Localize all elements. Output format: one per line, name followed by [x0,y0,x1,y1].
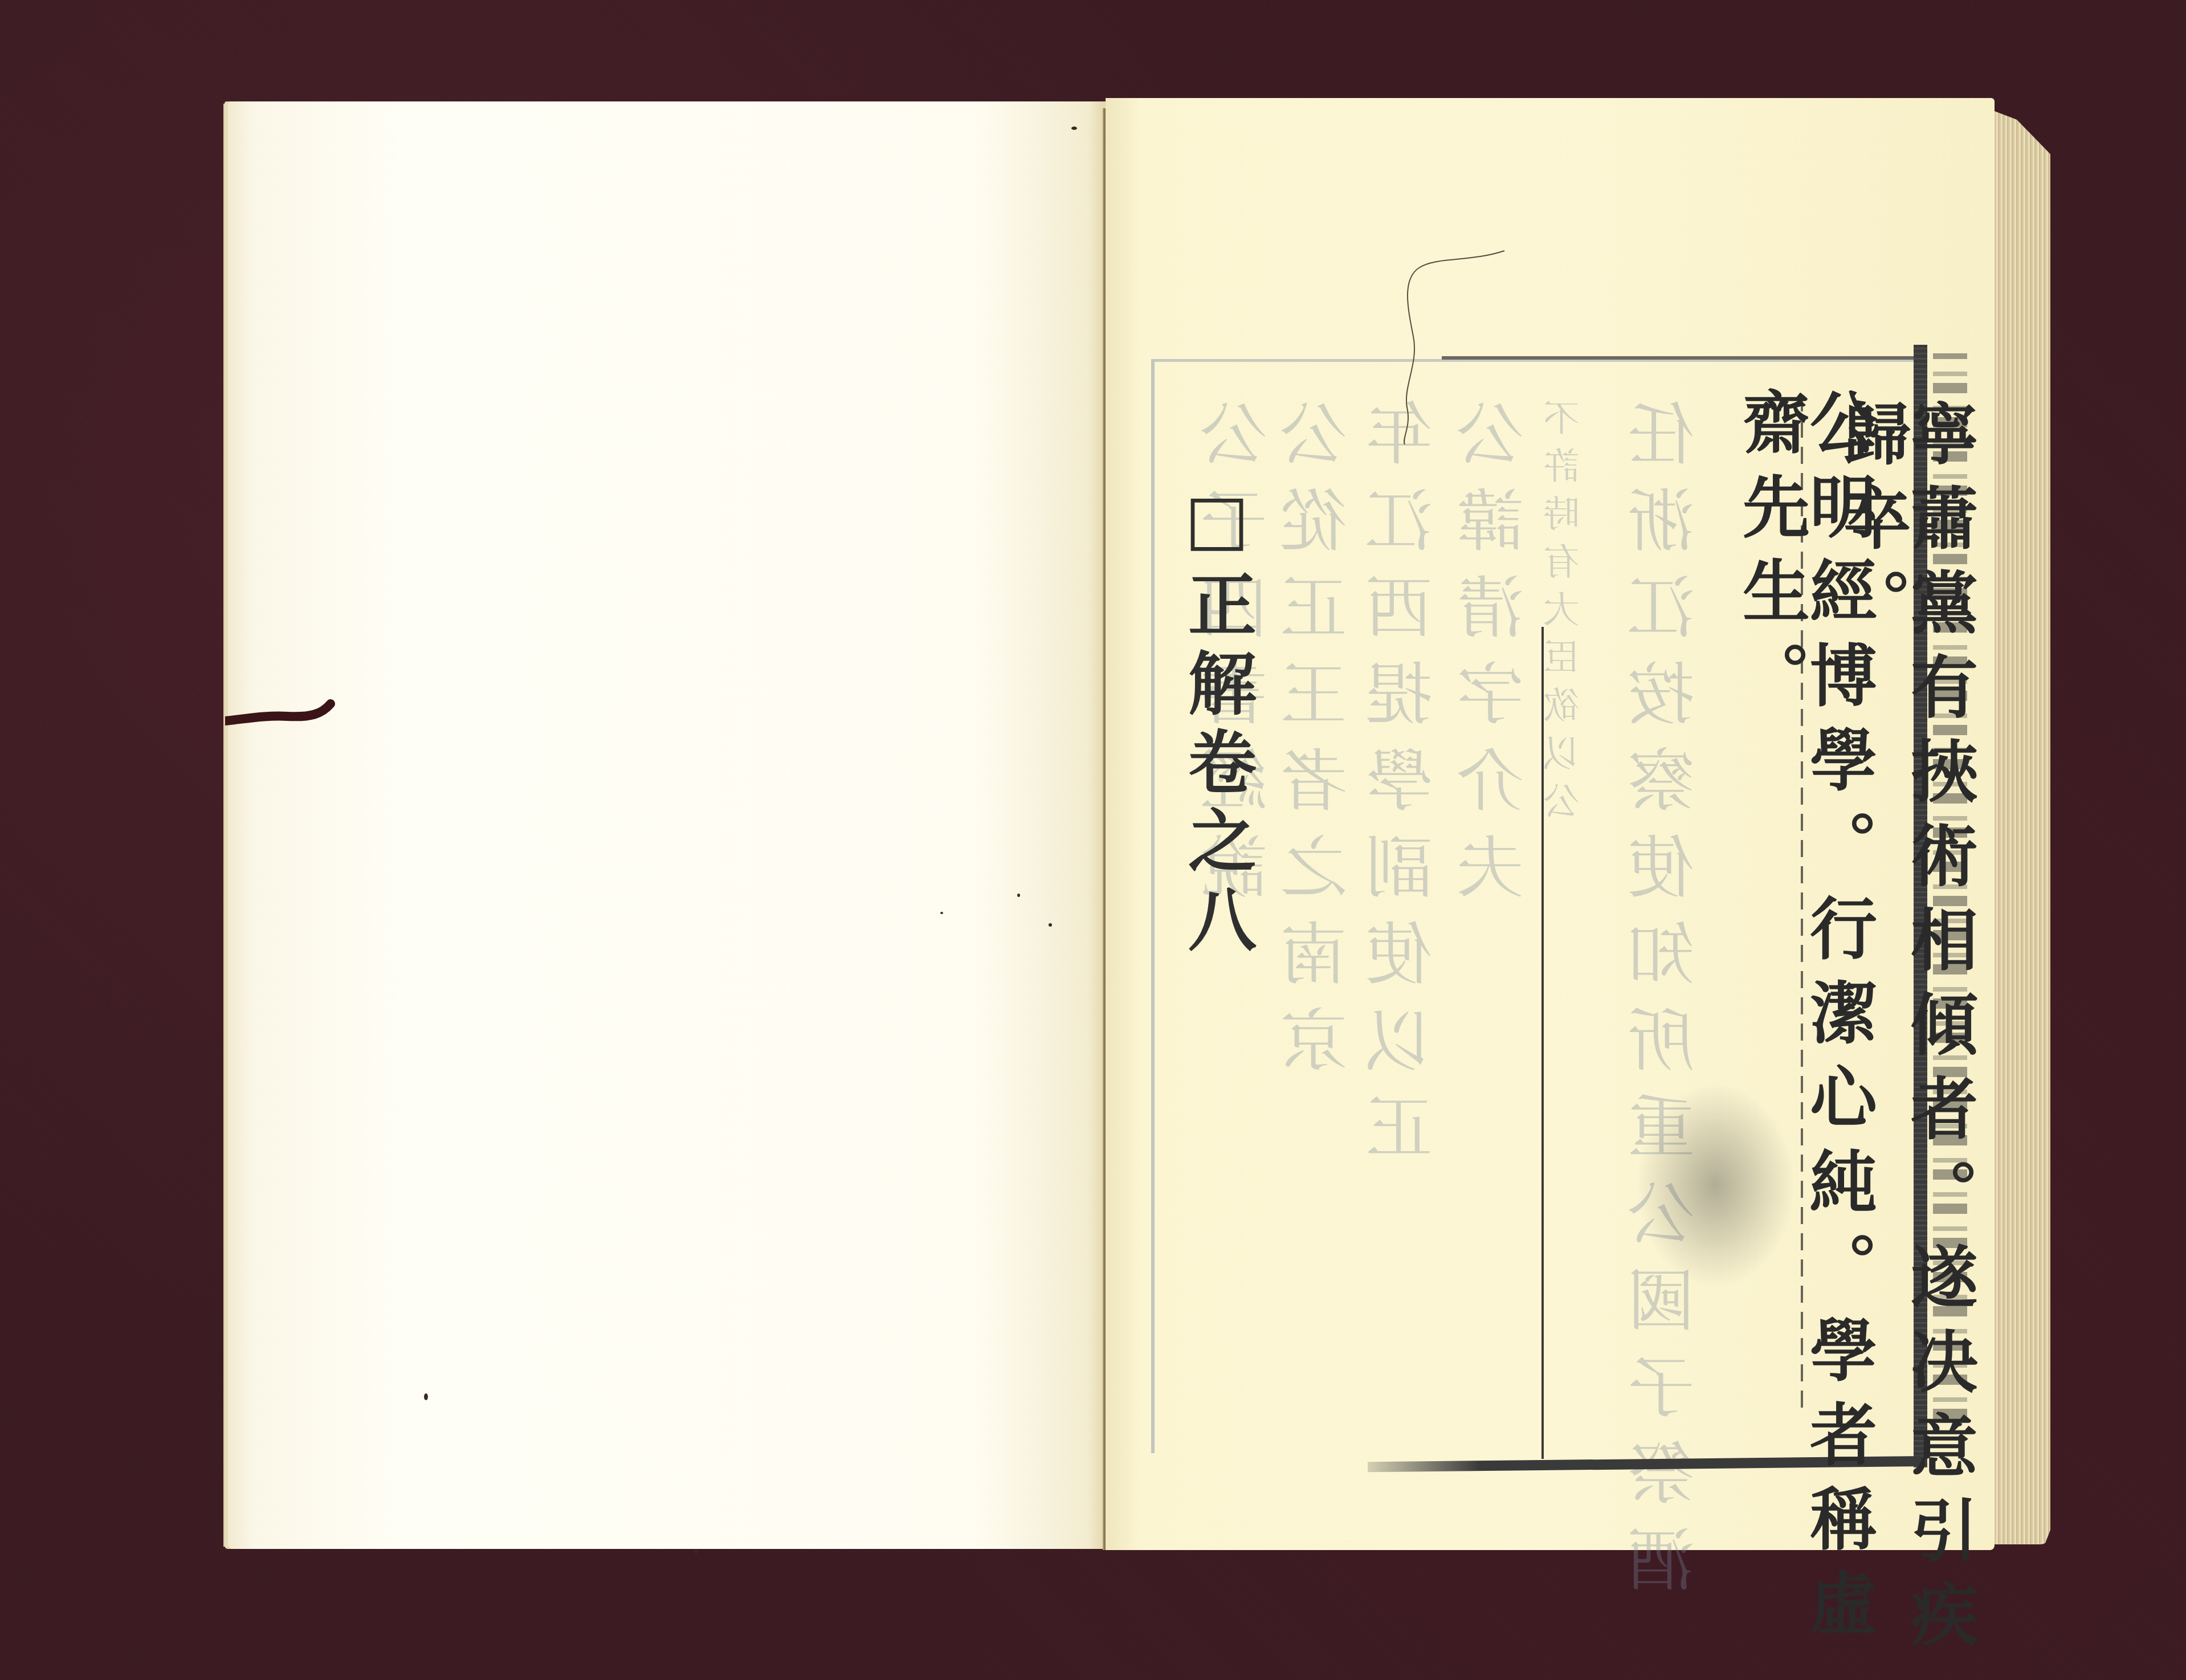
volume-title: □正解卷之八 [1182,479,1251,963]
page-block-edge [1995,111,2050,1544]
left-page-blank [228,101,1106,1549]
stray-hair [1345,239,1516,445]
binding-thread [225,698,339,727]
text-column-2: 公明經博學。行潔心純。學者稱虛齋先生。 [1737,388,1871,1680]
column-divider-rule [1541,627,1544,1459]
book-spread: 任浙江按察使知所重公國子祭酒 不許時有大臣欲以公 公諱清字介夫 年江西提學副使以… [0,0,2186,1680]
